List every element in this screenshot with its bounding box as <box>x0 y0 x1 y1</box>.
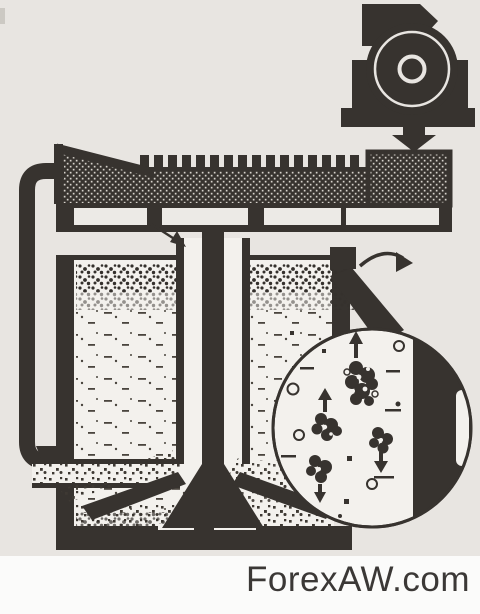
pulley-icon <box>366 23 458 115</box>
watermark-text: ForexAW.com <box>246 560 470 600</box>
flotation-machine-diagram <box>0 0 480 556</box>
paper-speck <box>0 8 5 24</box>
tank-bottom <box>56 526 352 550</box>
feed-box <box>366 150 452 207</box>
tank-left-wall <box>56 255 74 546</box>
screenshot-root: ForexAW.com <box>0 0 480 614</box>
impeller-shaft <box>202 228 224 490</box>
overflow-lip <box>330 247 356 269</box>
standpipe <box>176 228 250 490</box>
